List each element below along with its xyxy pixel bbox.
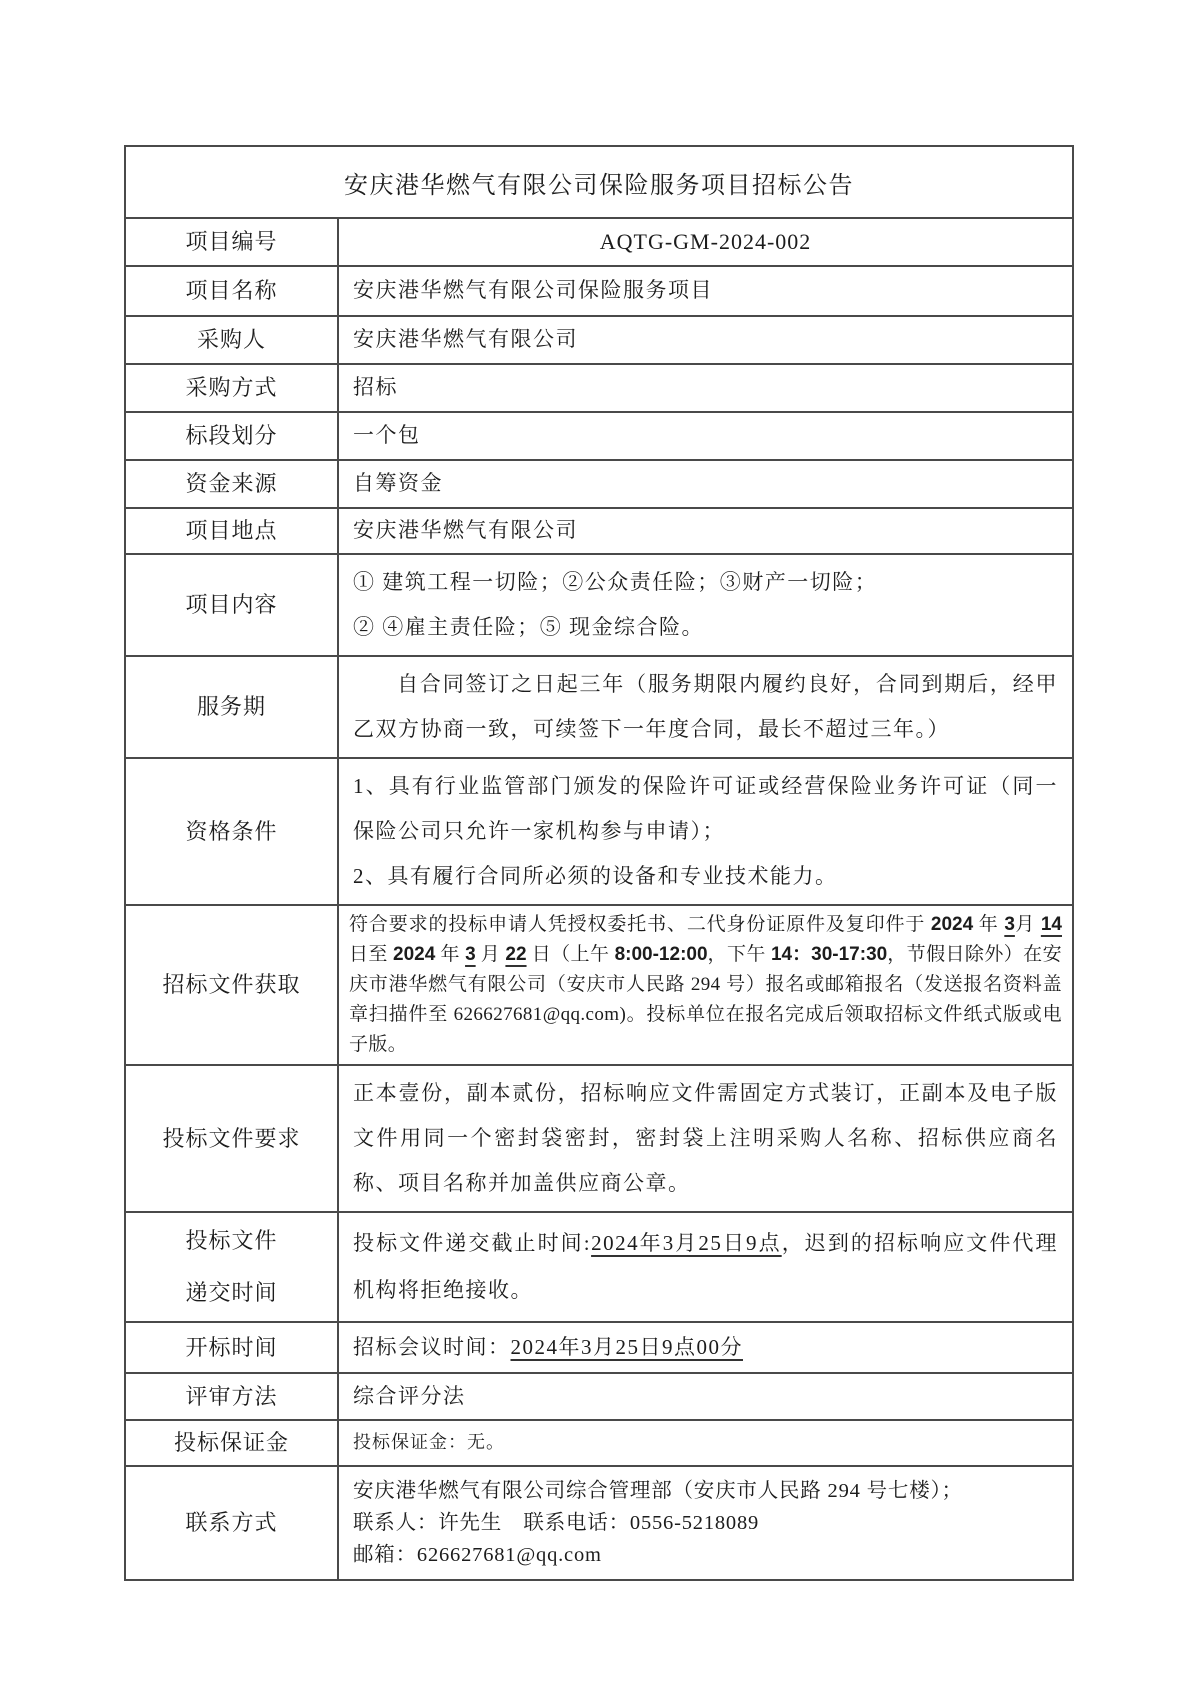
bid-document-requirements-value: 正本壹份，副本贰份，招标响应文件需固定方式装订，正副本及电子版文件用同一个密封袋…: [338, 1065, 1073, 1212]
row-label-text: 评审方法: [130, 1383, 333, 1411]
table-row-bid-opening-time: 开标时间招标会议时间：2024年3月25日9点00分: [125, 1322, 1073, 1373]
row-label-text: 联系方式: [130, 1509, 333, 1537]
funding-source-label: 资金来源: [125, 460, 338, 508]
evaluation-method-label: 评审方法: [125, 1373, 338, 1420]
underlined-text-segment: 3: [1004, 914, 1015, 935]
table-row-project-location: 项目地点安庆港华燃气有限公司: [125, 508, 1073, 554]
value-text-line: 2、具有履行合同所必须的设备和专业技术能力。: [353, 854, 1058, 899]
value-text-line: ① 建筑工程一切险；②公众责任险；③财产一切险；: [353, 560, 1058, 605]
text-segment: 符合要求的投标申请人凭授权委托书、二代身份证原件及复印件于: [349, 914, 931, 935]
table-row-project-name: 项目名称安庆港华燃气有限公司保险服务项目: [125, 266, 1073, 316]
project-number-value: AQTG-GM-2024-002: [338, 218, 1073, 266]
text-segment: 邮箱：626627681@qq.com: [353, 1544, 602, 1566]
lot-division-value: 一个包: [338, 412, 1073, 460]
value-text-line: 安庆港华燃气有限公司: [353, 325, 1058, 354]
value-text-line: 一个包: [353, 421, 1058, 450]
text-segment: ② ④雇主责任险；⑤ 现金综合险。: [353, 615, 704, 639]
table-row-project-content: 项目内容① 建筑工程一切险；②公众责任险；③财产一切险；② ④雇主责任险；⑤ 现…: [125, 554, 1073, 656]
row-label-text: 采购人: [130, 326, 333, 354]
text-segment: 8:00-12:00: [615, 944, 708, 965]
value-text-line: 自筹资金: [353, 469, 1058, 498]
service-period-label: 服务期: [125, 656, 338, 758]
text-segment: 联系人：许先生 联系电话：0556-5218089: [353, 1512, 759, 1534]
text-segment: 安庆港华燃气有限公司保险服务项目: [353, 278, 713, 302]
value-text-line: 招标: [353, 373, 1058, 402]
table-row-qualification: 资格条件1、具有行业监管部门颁发的保险许可证或经营保险业务许可证（同一保险公司只…: [125, 758, 1073, 905]
bid-document-requirements-label: 投标文件要求: [125, 1065, 338, 1212]
row-label-text: 服务期: [130, 693, 333, 721]
text-segment: 14：30-17:30: [771, 944, 887, 965]
contact-value: 安庆港华燃气有限公司综合管理部（安庆市人民路 294 号七楼）；联系人：许先生 …: [338, 1466, 1073, 1580]
table-row-bid-bond: 投标保证金投标保证金：无。: [125, 1420, 1073, 1466]
document-page: 安庆港华燃气有限公司保险服务项目招标公告 项目编号AQTG-GM-2024-00…: [0, 0, 1200, 1697]
row-label-text: 开标时间: [130, 1334, 333, 1362]
table-row-procurement-method: 采购方式招标: [125, 364, 1073, 412]
text-segment: 2、具有履行合同所必须的设备和专业技术能力。: [353, 864, 838, 888]
value-text-line: 综合评分法: [353, 1382, 1058, 1411]
text-segment: 年: [435, 944, 465, 965]
text-segment: 招标会议时间：: [353, 1335, 511, 1359]
text-segment: 安庆港华燃气有限公司: [353, 327, 578, 351]
value-text-line: 投标保证金：无。: [353, 1430, 1058, 1455]
text-segment: ，下午: [708, 944, 771, 965]
value-text-line: 正本壹份，副本贰份，招标响应文件需固定方式装订，正副本及电子版文件用同一个密封袋…: [353, 1071, 1058, 1206]
text-segment: 一个包: [353, 423, 421, 447]
text-segment: 投标文件递交截止时间:: [353, 1231, 591, 1255]
row-label-text: 资金来源: [130, 470, 333, 498]
text-segment: 1、具有行业监管部门颁发的保险许可证或经营保险业务许可证（同一保险公司只允许一家…: [353, 774, 1058, 843]
project-number-label: 项目编号: [125, 218, 338, 266]
value-text-line: 邮箱：626627681@qq.com: [353, 1539, 1058, 1571]
row-label-text: 项目内容: [130, 591, 333, 619]
document-acquisition-value: 符合要求的投标申请人凭授权委托书、二代身份证原件及复印件于 2024 年 3月 …: [338, 905, 1073, 1065]
text-segment: 安庆港华燃气有限公司综合管理部（安庆市人民路 294 号七楼）；: [353, 1480, 963, 1502]
table-row-project-number: 项目编号AQTG-GM-2024-002: [125, 218, 1073, 266]
table-row-bid-document-requirements: 投标文件要求正本壹份，副本贰份，招标响应文件需固定方式装订，正副本及电子版文件用…: [125, 1065, 1073, 1212]
qualification-value: 1、具有行业监管部门颁发的保险许可证或经营保险业务许可证（同一保险公司只允许一家…: [338, 758, 1073, 905]
text-segment: 月: [1015, 914, 1041, 935]
value-text-line: 联系人：许先生 联系电话：0556-5218089: [353, 1507, 1058, 1539]
row-label-text: 项目编号: [130, 228, 333, 256]
table-row-contact: 联系方式安庆港华燃气有限公司综合管理部（安庆市人民路 294 号七楼）；联系人：…: [125, 1466, 1073, 1580]
text-segment: ① 建筑工程一切险；②公众责任险；③财产一切险；: [353, 570, 877, 594]
text-segment: 安庆港华燃气有限公司: [353, 518, 578, 542]
procurement-method-label: 采购方式: [125, 364, 338, 412]
underlined-text-segment: 14: [1041, 914, 1062, 935]
text-segment: 日至: [349, 944, 393, 965]
purchaser-label: 采购人: [125, 316, 338, 364]
row-label-text: 投标文件要求: [130, 1125, 333, 1153]
text-segment: 正本壹份，副本贰份，招标响应文件需固定方式装订，正副本及电子版文件用同一个密封袋…: [353, 1081, 1058, 1195]
project-name-value: 安庆港华燃气有限公司保险服务项目: [338, 266, 1073, 316]
value-text-line: 投标文件递交截止时间:2024年3月25日9点，迟到的招标响应文件代理机构将拒绝…: [353, 1220, 1058, 1314]
bid-bond-value: 投标保证金：无。: [338, 1420, 1073, 1466]
purchaser-value: 安庆港华燃气有限公司: [338, 316, 1073, 364]
text-segment: 2024: [393, 944, 435, 965]
text-segment: 投标保证金：无。: [353, 1432, 505, 1452]
table-row-lot-division: 标段划分一个包: [125, 412, 1073, 460]
row-label-text: 招标文件获取: [130, 971, 333, 999]
procurement-method-value: 招标: [338, 364, 1073, 412]
row-label-text: 采购方式: [130, 374, 333, 402]
value-text-line: 招标会议时间：2024年3月25日9点00分: [353, 1333, 1058, 1362]
value-text-line: 自合同签订之日起三年（服务期限内履约良好，合同到期后，经甲乙双方协商一致，可续签…: [353, 662, 1058, 752]
row-label-text: 项目名称: [130, 277, 333, 305]
text-segment: 自筹资金: [353, 471, 443, 495]
row-label-text: 资格条件: [130, 818, 333, 846]
bid-submission-time-label: 投标文件递交时间: [125, 1212, 338, 1322]
value-text-line: 符合要求的投标申请人凭授权委托书、二代身份证原件及复印件于 2024 年 3月 …: [349, 910, 1062, 1060]
underlined-text-segment: 3: [465, 944, 476, 965]
bid-opening-time-label: 开标时间: [125, 1322, 338, 1373]
text-segment: 月: [476, 944, 506, 965]
text-segment: 年: [973, 914, 1004, 935]
table-row-bid-submission-time: 投标文件递交时间投标文件递交截止时间:2024年3月25日9点，迟到的招标响应文…: [125, 1212, 1073, 1322]
table-row-document-acquisition: 招标文件获取符合要求的投标申请人凭授权委托书、二代身份证原件及复印件于 2024…: [125, 905, 1073, 1065]
table-row-evaluation-method: 评审方法综合评分法: [125, 1373, 1073, 1420]
table-row-service-period: 服务期自合同签订之日起三年（服务期限内履约良好，合同到期后，经甲乙双方协商一致，…: [125, 656, 1073, 758]
row-label-text: 递交时间: [130, 1267, 333, 1319]
value-text-line: 安庆港华燃气有限公司: [353, 516, 1058, 545]
lot-division-label: 标段划分: [125, 412, 338, 460]
project-name-label: 项目名称: [125, 266, 338, 316]
bid-submission-time-value: 投标文件递交截止时间:2024年3月25日9点，迟到的招标响应文件代理机构将拒绝…: [338, 1212, 1073, 1322]
value-text-line: 1、具有行业监管部门颁发的保险许可证或经营保险业务许可证（同一保险公司只允许一家…: [353, 764, 1058, 854]
project-content-label: 项目内容: [125, 554, 338, 656]
text-segment: AQTG-GM-2024-002: [600, 229, 812, 254]
text-segment: 综合评分法: [353, 1384, 466, 1408]
document-acquisition-label: 招标文件获取: [125, 905, 338, 1065]
funding-source-value: 自筹资金: [338, 460, 1073, 508]
text-segment: 2024: [931, 914, 973, 935]
underlined-text-segment: 2024年3月25日9点00分: [511, 1335, 744, 1359]
project-location-label: 项目地点: [125, 508, 338, 554]
value-text-line: 安庆港华燃气有限公司保险服务项目: [353, 276, 1058, 305]
document-title: 安庆港华燃气有限公司保险服务项目招标公告: [125, 146, 1073, 218]
table-row-title: 安庆港华燃气有限公司保险服务项目招标公告: [125, 146, 1073, 218]
row-label-text: 投标保证金: [130, 1429, 333, 1457]
qualification-label: 资格条件: [125, 758, 338, 905]
text-segment: 自合同签订之日起三年（服务期限内履约良好，合同到期后，经甲乙双方协商一致，可续签…: [353, 672, 1058, 741]
underlined-text-segment: 2024年3月25日9点: [591, 1231, 782, 1255]
table-row-purchaser: 采购人安庆港华燃气有限公司: [125, 316, 1073, 364]
table-row-funding-source: 资金来源自筹资金: [125, 460, 1073, 508]
text-segment: 日（上午: [527, 944, 615, 965]
contact-label: 联系方式: [125, 1466, 338, 1580]
row-label-text: 投标文件: [130, 1215, 333, 1267]
row-label-text: 项目地点: [130, 517, 333, 545]
bid-bond-label: 投标保证金: [125, 1420, 338, 1466]
text-segment: 招标: [353, 375, 398, 399]
value-text-line: 安庆港华燃气有限公司综合管理部（安庆市人民路 294 号七楼）；: [353, 1475, 1058, 1507]
service-period-value: 自合同签订之日起三年（服务期限内履约良好，合同到期后，经甲乙双方协商一致，可续签…: [338, 656, 1073, 758]
row-label-text: 标段划分: [130, 422, 333, 450]
project-location-value: 安庆港华燃气有限公司: [338, 508, 1073, 554]
value-text-line: ② ④雇主责任险；⑤ 现金综合险。: [353, 605, 1058, 650]
value-text-line: AQTG-GM-2024-002: [353, 227, 1058, 258]
underlined-text-segment: 22: [505, 944, 526, 965]
bid-opening-time-value: 招标会议时间：2024年3月25日9点00分: [338, 1322, 1073, 1373]
tender-announcement-table: 安庆港华燃气有限公司保险服务项目招标公告 项目编号AQTG-GM-2024-00…: [124, 145, 1074, 1581]
project-content-value: ① 建筑工程一切险；②公众责任险；③财产一切险；② ④雇主责任险；⑤ 现金综合险…: [338, 554, 1073, 656]
evaluation-method-value: 综合评分法: [338, 1373, 1073, 1420]
